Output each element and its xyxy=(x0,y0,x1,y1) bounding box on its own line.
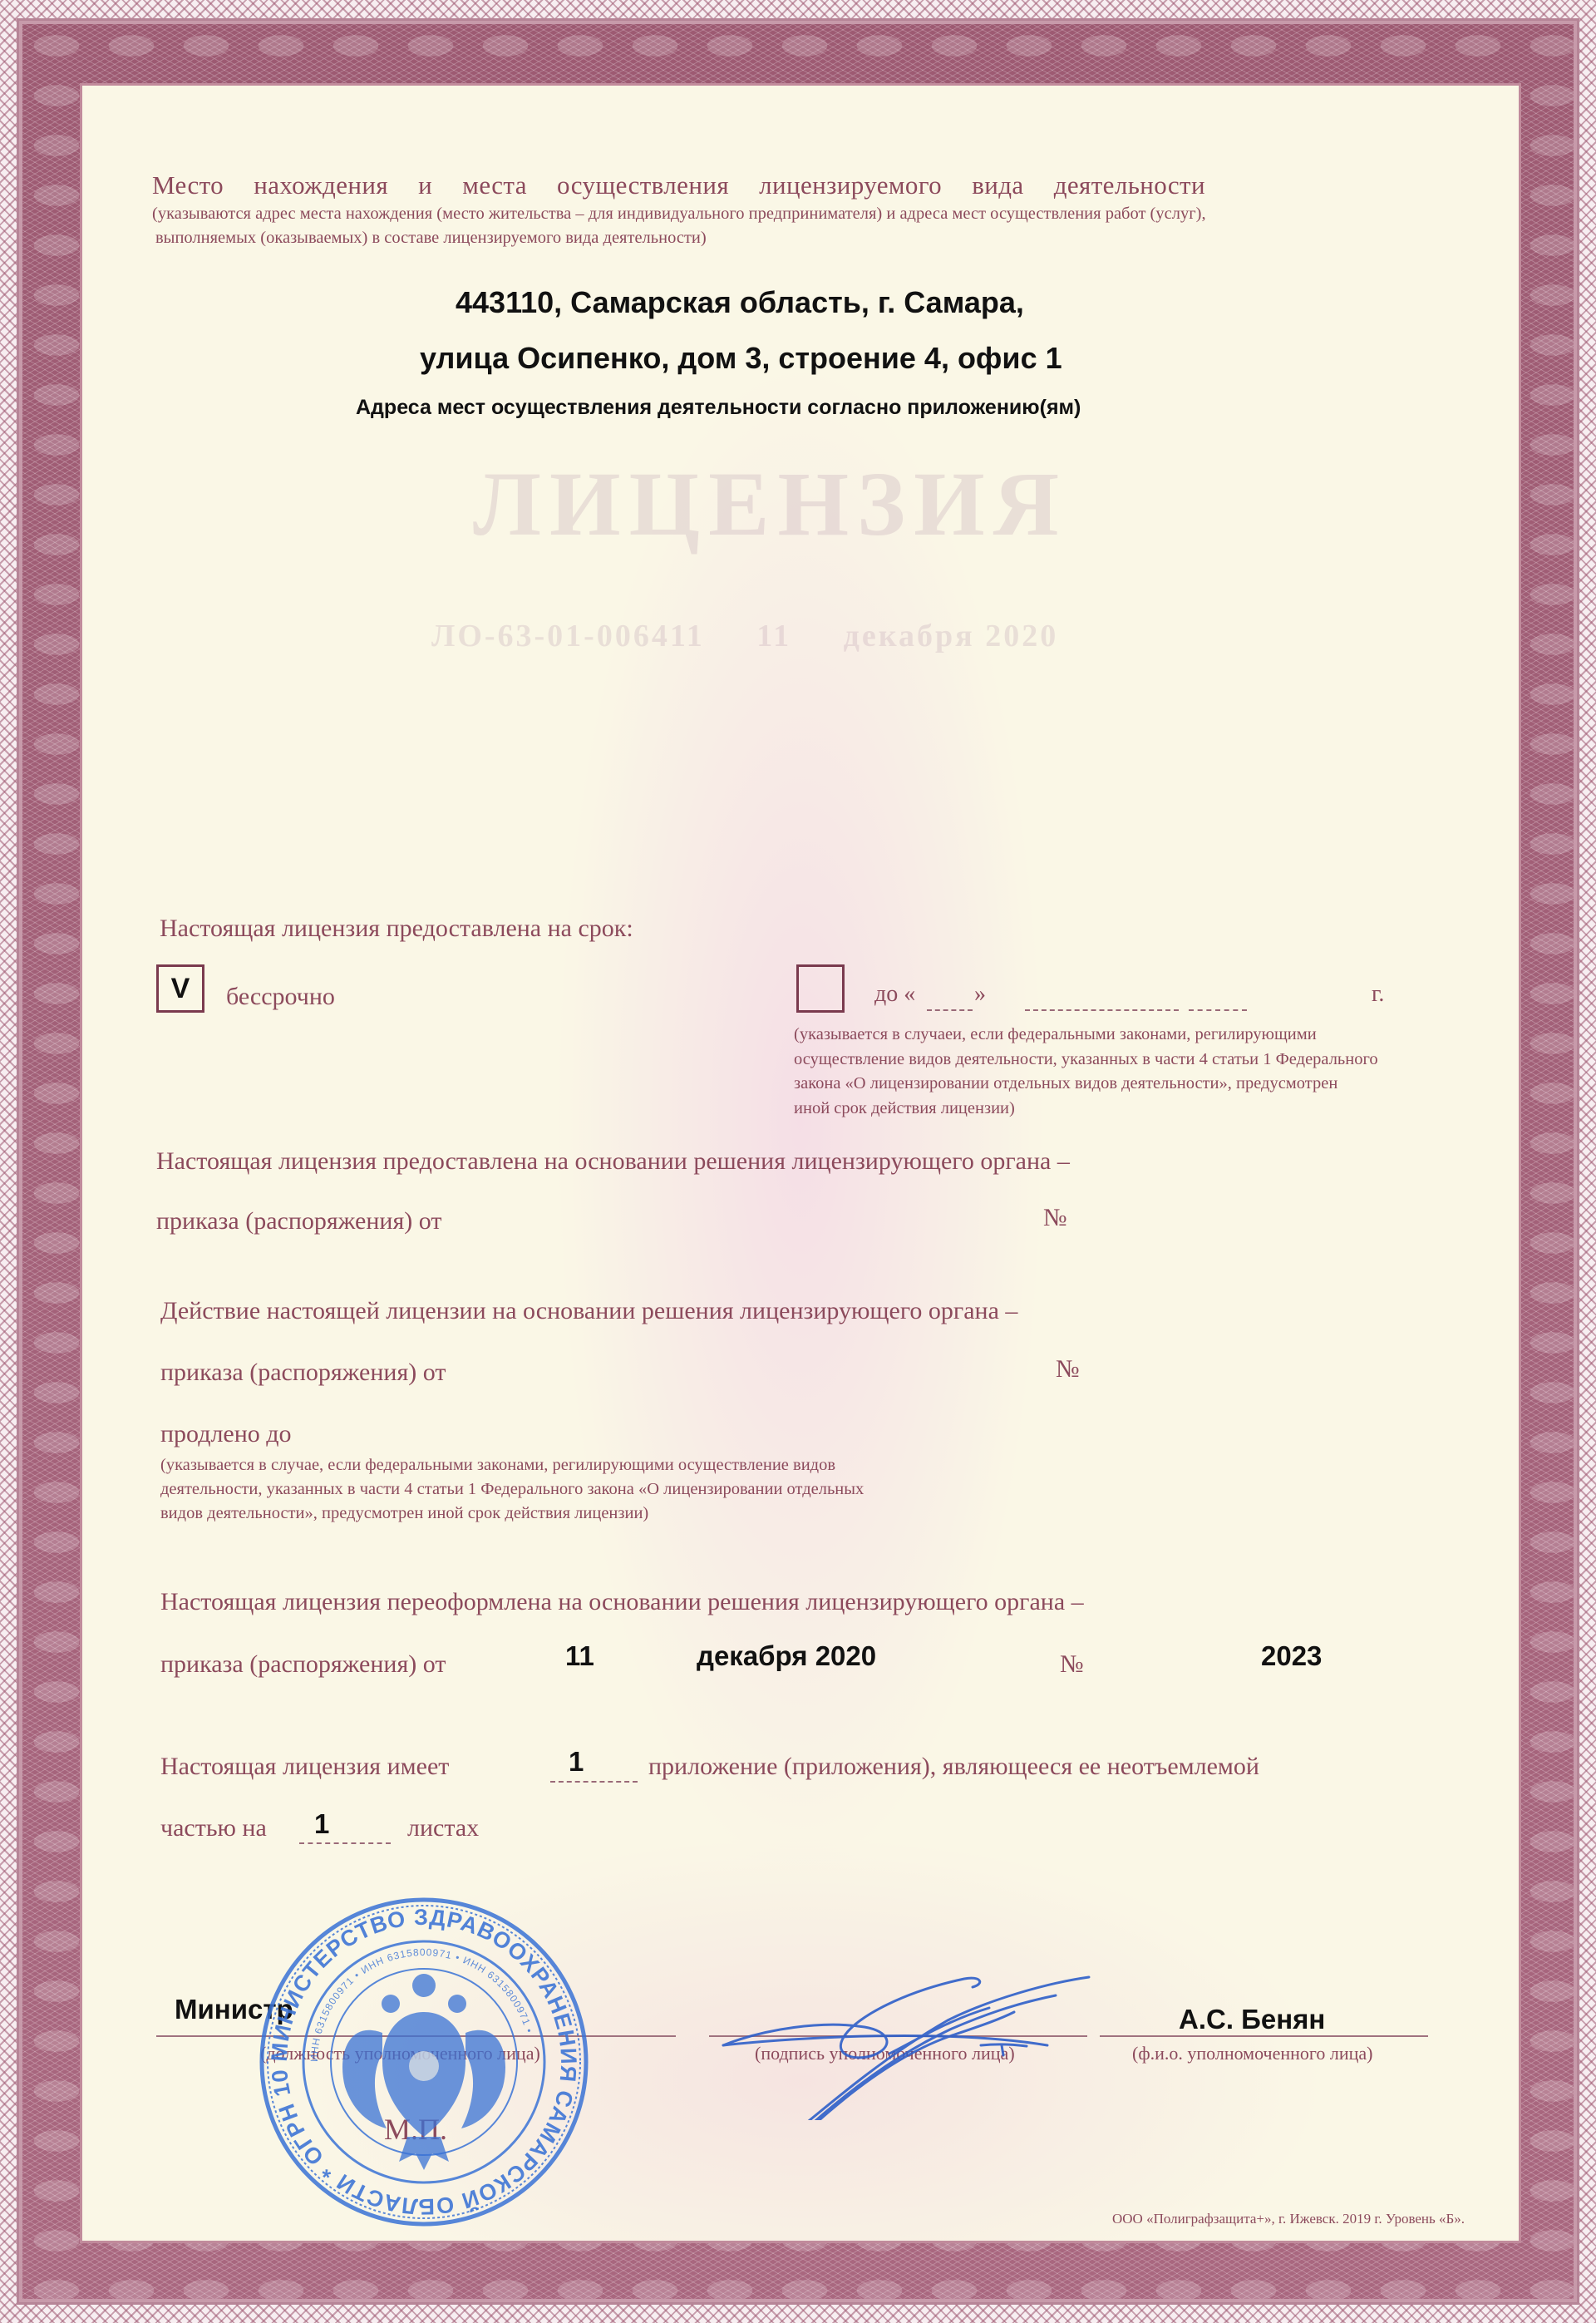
reissue-number-sign: № xyxy=(1060,1650,1084,1679)
reissue-order-number: 2023 xyxy=(1261,1640,1322,1672)
until-note: закона «О лицензировании отдельных видов… xyxy=(794,1072,1337,1096)
reverse-print-ghost: ЛИЦЕНЗИЯ xyxy=(473,451,1067,557)
reverse-print-ghost: ЛО-63-01-006411 11 декабря 2020 xyxy=(431,618,1058,654)
address-line1: 443110, Самарская область, г. Самара, xyxy=(456,285,1024,320)
until-year-field[interactable] xyxy=(1189,1009,1247,1011)
extension-note: видов деятельности», предусмотрен иной с… xyxy=(160,1502,648,1526)
extension-note: деятельности, указанных в части 4 статьи… xyxy=(160,1477,864,1502)
extension-note: (указывается в случае, если федеральными… xyxy=(160,1453,835,1477)
indefinite-label: бессрочно xyxy=(226,983,335,1011)
reissue-order-month-year: декабря 2020 xyxy=(697,1640,876,1672)
appendix-count: 1 xyxy=(569,1746,584,1778)
appendix-text-after: приложение (приложения), являющееся ее н… xyxy=(648,1753,1259,1781)
sheets-text-after: листах xyxy=(407,1814,479,1842)
reissue-line1: Настоящая лицензия переоформлена на осно… xyxy=(160,1588,1084,1616)
extension-line1: Действие настоящей лицензии на основании… xyxy=(160,1297,1017,1325)
reissue-line2: приказа (распоряжения) от xyxy=(160,1650,446,1679)
until-note: иной срок действия лицензии) xyxy=(794,1097,1015,1121)
until-prefix: до « xyxy=(874,981,915,1008)
until-day-field[interactable] xyxy=(927,1009,973,1011)
basis-line2: приказа (распоряжения) от xyxy=(156,1207,441,1235)
until-mid: » xyxy=(974,981,986,1008)
reissue-order-day: 11 xyxy=(565,1640,594,1672)
location-note-line2: выполняемых (оказываемых) в составе лице… xyxy=(155,226,707,250)
indefinite-checkbox[interactable]: V xyxy=(156,964,204,1013)
check-mark-icon: V xyxy=(171,973,190,1005)
handwritten-signature xyxy=(698,1929,1114,2120)
until-suffix: г. xyxy=(1372,981,1384,1008)
appendix-text-before: Настоящая лицензия имеет xyxy=(160,1753,449,1781)
until-date-checkbox[interactable] xyxy=(796,964,845,1013)
name-rule xyxy=(1100,2035,1428,2037)
basis-line1: Настоящая лицензия предоставлена на осно… xyxy=(156,1147,1070,1176)
sheets-count-underline xyxy=(299,1842,391,1844)
sheets-count: 1 xyxy=(314,1808,329,1840)
until-month-field[interactable] xyxy=(1025,1009,1179,1011)
official-seal-stamp: МИНИСТЕРСТВО ЗДРАВООХРАНЕНИЯ САМАРСКОЙ О… xyxy=(258,1887,590,2237)
address-appendix-note: Адреса мест осуществления деятельности с… xyxy=(356,396,1081,420)
appendix-count-underline xyxy=(550,1781,638,1783)
location-note-line1: (указываются адрес места нахождения (мес… xyxy=(152,202,1206,226)
printer-imprint: ООО «Полиграфзащита+», г. Ижевск. 2019 г… xyxy=(1112,2211,1465,2227)
extension-line2: приказа (распоряжения) от xyxy=(160,1359,446,1387)
extension-number-sign: № xyxy=(1056,1355,1080,1383)
official-name: А.С. Бенян xyxy=(1179,2004,1325,2035)
address-line2: улица Осипенко, дом 3, строение 4, офис … xyxy=(420,341,1062,376)
term-label: Настоящая лицензия предоставлена на срок… xyxy=(160,915,633,943)
location-heading: Место нахождения и места осуществления л… xyxy=(152,170,1205,200)
until-note: осуществление видов деятельности, указан… xyxy=(794,1048,1378,1072)
name-caption: (ф.и.о. уполномоченного лица) xyxy=(1132,2041,1373,2065)
until-note: (указывается в случаеи, если федеральным… xyxy=(794,1023,1317,1047)
sheets-text-before: частью на xyxy=(160,1814,267,1842)
extended-until-label: продлено до xyxy=(160,1420,292,1448)
basis-number-sign: № xyxy=(1043,1204,1067,1232)
